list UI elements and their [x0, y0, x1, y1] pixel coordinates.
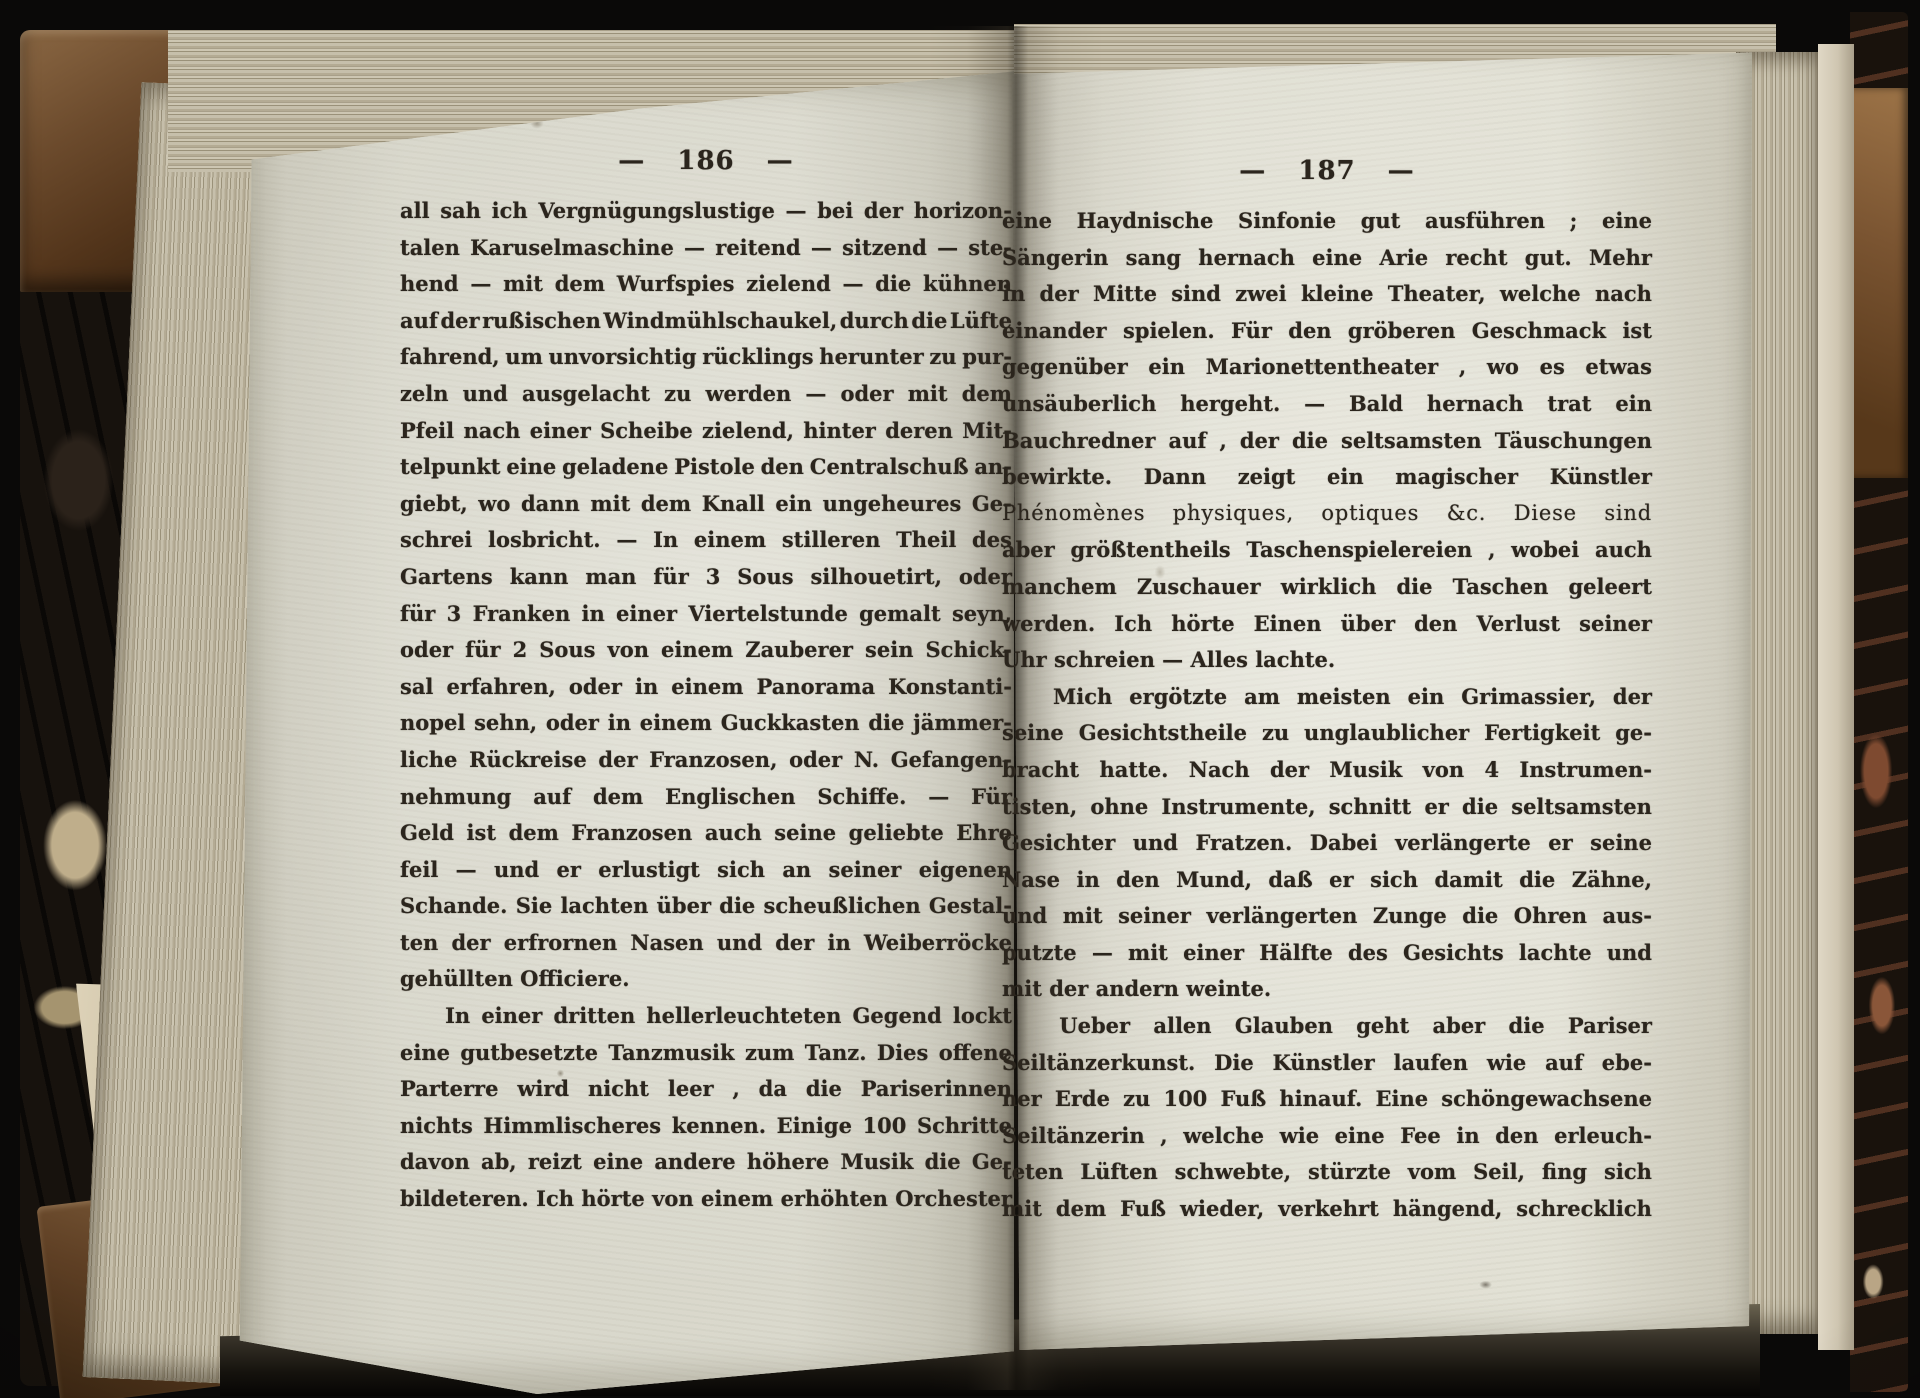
text-line: Phénomènesphysiques,optiques&c.Diesesind: [1002, 501, 1652, 538]
text-line: tisten,ohneInstrumente,schnitterdieselts…: [1002, 794, 1652, 831]
text-line: Parterrewirdnichtleer,dadiePariserinnen: [400, 1076, 1012, 1113]
text-line: GeldistdemFranzosenauchseinegeliebteEhre: [400, 820, 1012, 857]
text-line: MichergötzteammeisteneinGrimassier,der: [1002, 684, 1652, 721]
text-line: tetenLüftenschwebte,stürztevomSeil,fings…: [1002, 1159, 1652, 1196]
text-line: werden.IchhörteEinenüberdenVerlustseiner: [1002, 611, 1652, 648]
text-line: giebt,wodannmitdemKnalleinungeheuresGe-: [400, 491, 1012, 528]
text-line: bewirkte.DannzeigteinmagischerKünstler: [1002, 464, 1652, 501]
page-186-header: — 186 —: [400, 146, 1012, 176]
text-line: brachthatte.NachderMusikvon4Instrumen-: [1002, 757, 1652, 794]
text-line: gehülltenOfficiere.: [400, 966, 1012, 1003]
text-line: Seiltänzerkunst.DieKünstlerlaufenwieaufe…: [1002, 1050, 1652, 1087]
text-line: abergrößtentheilsTaschenspielereien,wobe…: [1002, 537, 1652, 574]
text-line: einegutbesetzteTanzmusikzumTanz.Diesoffe…: [400, 1040, 1012, 1077]
text-line: Gartenskannmanfür3Soussilhouetirt,oder: [400, 564, 1012, 601]
text-line: salerfahren,oderineinemPanoramaKonstanti…: [400, 674, 1012, 711]
page-187-header: — 187 —: [1002, 156, 1652, 186]
text-line: Schande.SielachtenüberdiescheußlichenGes…: [400, 893, 1012, 930]
text-line: telpunkteinegeladenePistoledenCentralsch…: [400, 454, 1012, 491]
text-line: Seiltänzerin,welchewieeineFeeindenerleuc…: [1002, 1123, 1652, 1160]
text-line: IneinerdrittenhellerleuchtetenGegendlock…: [400, 1003, 1012, 1040]
text-line: hend—mitdemWurfspieszielend—diekühnen: [400, 271, 1012, 308]
text-line: NaseindenMund,daßersichdamitdieZähne,: [1002, 867, 1652, 904]
text-line: inderMittesindzweikleineTheater,welchena…: [1002, 281, 1652, 318]
text-line: GesichterundFratzen.Dabeiverlängerteerse…: [1002, 830, 1652, 867]
text-line: manchemZuschauerwirklichdieTaschengeleer…: [1002, 574, 1652, 611]
text-line: nerErdezu100Fußhinauf.Eineschöngewachsen…: [1002, 1086, 1652, 1123]
text-line: fahrend,umunvorsichtigrücklingsherunterz…: [400, 344, 1012, 381]
text-line: nichtsHimmlischereskennen.Einige100Schri…: [400, 1113, 1012, 1150]
right-endpaper-edge: [1818, 44, 1854, 1350]
text-line: seineGesichtstheilezuunglaublicherFertig…: [1002, 720, 1652, 757]
text-line: Bauchrednerauf,derdieseltsamstenTäuschun…: [1002, 428, 1652, 465]
page-186-text: allsahichVergnügungslustige—beiderhorizo…: [400, 198, 1012, 1223]
page-187: — 187 — eineHaydnischeSinfoniegutausführ…: [1002, 156, 1652, 1233]
text-line: undmitseinerverlängertenZungedieOhrenaus…: [1002, 903, 1652, 940]
text-line: feil—undererlustigtsichanseinereigenen: [400, 857, 1012, 894]
text-line: SängerinsanghernacheineArierechtgut.Mehr: [1002, 245, 1652, 282]
right-top-leather-edge: [1848, 88, 1908, 478]
text-line: PfeilnacheinerScheibezielend,hinterderen…: [400, 418, 1012, 455]
text-line: einanderspielen.FürdengröberenGeschmacki…: [1002, 318, 1652, 355]
text-line: mitderandernweinte.: [1002, 976, 1652, 1013]
text-line: zelnundausgelachtzuwerden—odermitdem: [400, 381, 1012, 418]
text-line: aufderrußischenWindmühlschaukel,durchdie…: [400, 308, 1012, 345]
text-line: nopelsehn,oderineinemGuckkastendiejämmer…: [400, 710, 1012, 747]
text-line: UeberallenGlaubengehtaberdiePariser: [1002, 1013, 1652, 1050]
text-line: schreilosbricht.—IneinemstillerenTheilde…: [400, 527, 1012, 564]
text-line: bildeteren.IchhörtevoneinemerhöhtenOrche…: [400, 1186, 1012, 1223]
text-line: unsäuberlichhergeht.—Baldhernachtratein: [1002, 391, 1652, 428]
page-186: — 186 — allsahichVergnügungslustige—beid…: [400, 146, 1012, 1223]
text-line: mitdemFußwieder,verkehrthängend,schreckl…: [1002, 1196, 1652, 1233]
text-line: nehmungaufdemEnglischenSchiffe.—Für: [400, 784, 1012, 821]
text-line: oderfür2SousvoneinemZaubererseinSchick-: [400, 637, 1012, 674]
text-line: für3FrankenineinerViertelstundegemaltsey…: [400, 601, 1012, 638]
book-photo-scene: — 186 — allsahichVergnügungslustige—beid…: [0, 0, 1920, 1398]
text-line: davonab,reizteineanderehöhereMusikdieGe-: [400, 1149, 1012, 1186]
text-line: talenKaruselmaschine—reitend—sitzend—ste…: [400, 235, 1012, 272]
text-line: putzte—miteinerHälftedesGesichtslachteun…: [1002, 940, 1652, 977]
text-line: licheRückreisederFranzosen,oderN.Gefange…: [400, 747, 1012, 784]
text-line: eineHaydnischeSinfoniegutausführen;eine: [1002, 208, 1652, 245]
text-line: tendererfrornenNasenundderinWeiberröcke: [400, 930, 1012, 967]
text-line: allsahichVergnügungslustige—beiderhorizo…: [400, 198, 1012, 235]
text-line: Uhrschreien—Alleslachte.: [1002, 647, 1652, 684]
text-line: gegenübereinMarionettentheater,woesetwas: [1002, 354, 1652, 391]
page-187-text: eineHaydnischeSinfoniegutausführen;eineS…: [1002, 208, 1652, 1233]
